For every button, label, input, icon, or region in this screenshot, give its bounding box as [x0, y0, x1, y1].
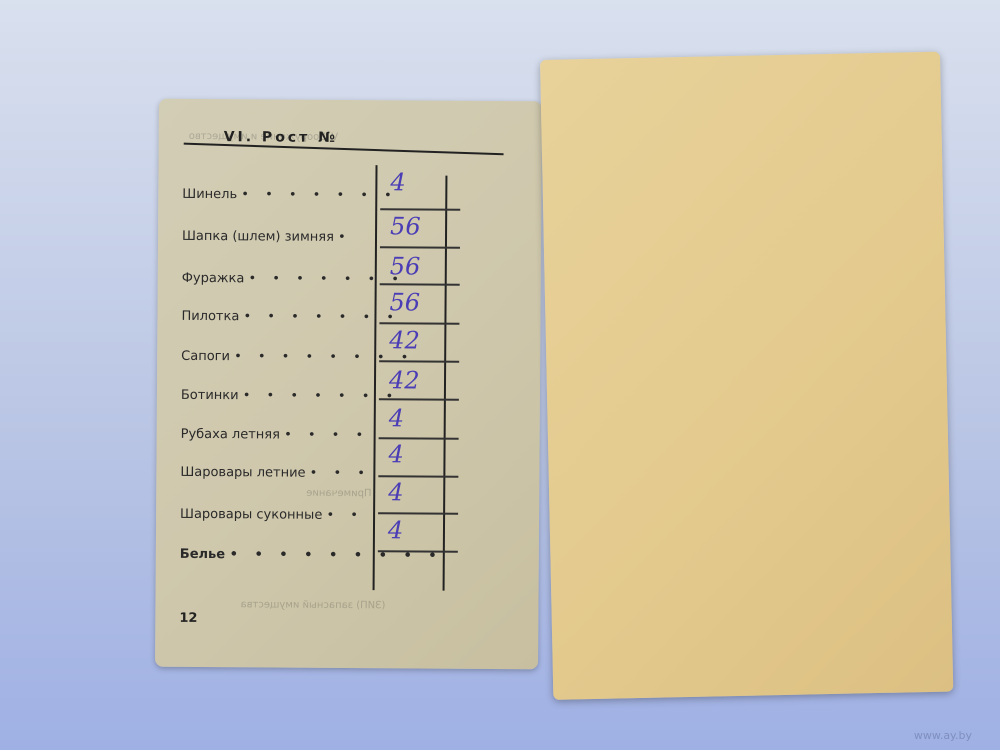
- size-value: 56: [389, 288, 420, 316]
- left-page: V. Вооружение и имущество VI. Рост № Шин…: [155, 99, 542, 670]
- row-label: Шаровары летние • • •: [180, 465, 371, 481]
- row-line: [379, 437, 459, 439]
- size-value: 4: [389, 404, 404, 432]
- title-underline: [184, 143, 504, 156]
- size-value: 56: [390, 252, 421, 280]
- bleed-through-footer: (ЗИП) запасный имущества: [240, 599, 385, 611]
- row-label: Шапка (шлем) зимняя •: [182, 229, 352, 245]
- size-value: 56: [390, 212, 421, 240]
- row-line: [380, 246, 460, 248]
- size-value: 4: [388, 478, 403, 506]
- column-divider-1: [373, 165, 378, 590]
- watermark: www.ay.by: [914, 729, 972, 742]
- bleed-through-notes: Примечание: [306, 488, 371, 499]
- row-line: [378, 512, 458, 514]
- size-value: 4: [388, 440, 403, 468]
- page-title: VI. Рост №: [224, 129, 338, 146]
- column-divider-2: [443, 176, 448, 591]
- row-line: [378, 475, 458, 477]
- size-value: 4: [388, 516, 403, 544]
- size-value: 42: [389, 326, 420, 354]
- page-number: 12: [179, 611, 197, 626]
- row-line: [380, 208, 460, 210]
- size-value: 4: [390, 168, 405, 196]
- row-label: Фуражка • • • • • • •: [182, 271, 405, 288]
- row-label: Ботинки • • • • • • •: [181, 388, 399, 405]
- row-label: Сапоги • • • • • • • •: [181, 349, 414, 366]
- right-page: [540, 52, 953, 700]
- row-label: Шинель • • • • • • •: [182, 187, 398, 204]
- row-label: Шаровары суконные • •: [180, 507, 364, 523]
- size-value: 42: [389, 366, 420, 394]
- row-label: Пилотка • • • • • • •: [181, 309, 400, 326]
- row-label: Рубаха летняя • • • •: [181, 427, 370, 443]
- row-label: Белье • • • • • • • • •: [180, 547, 443, 564]
